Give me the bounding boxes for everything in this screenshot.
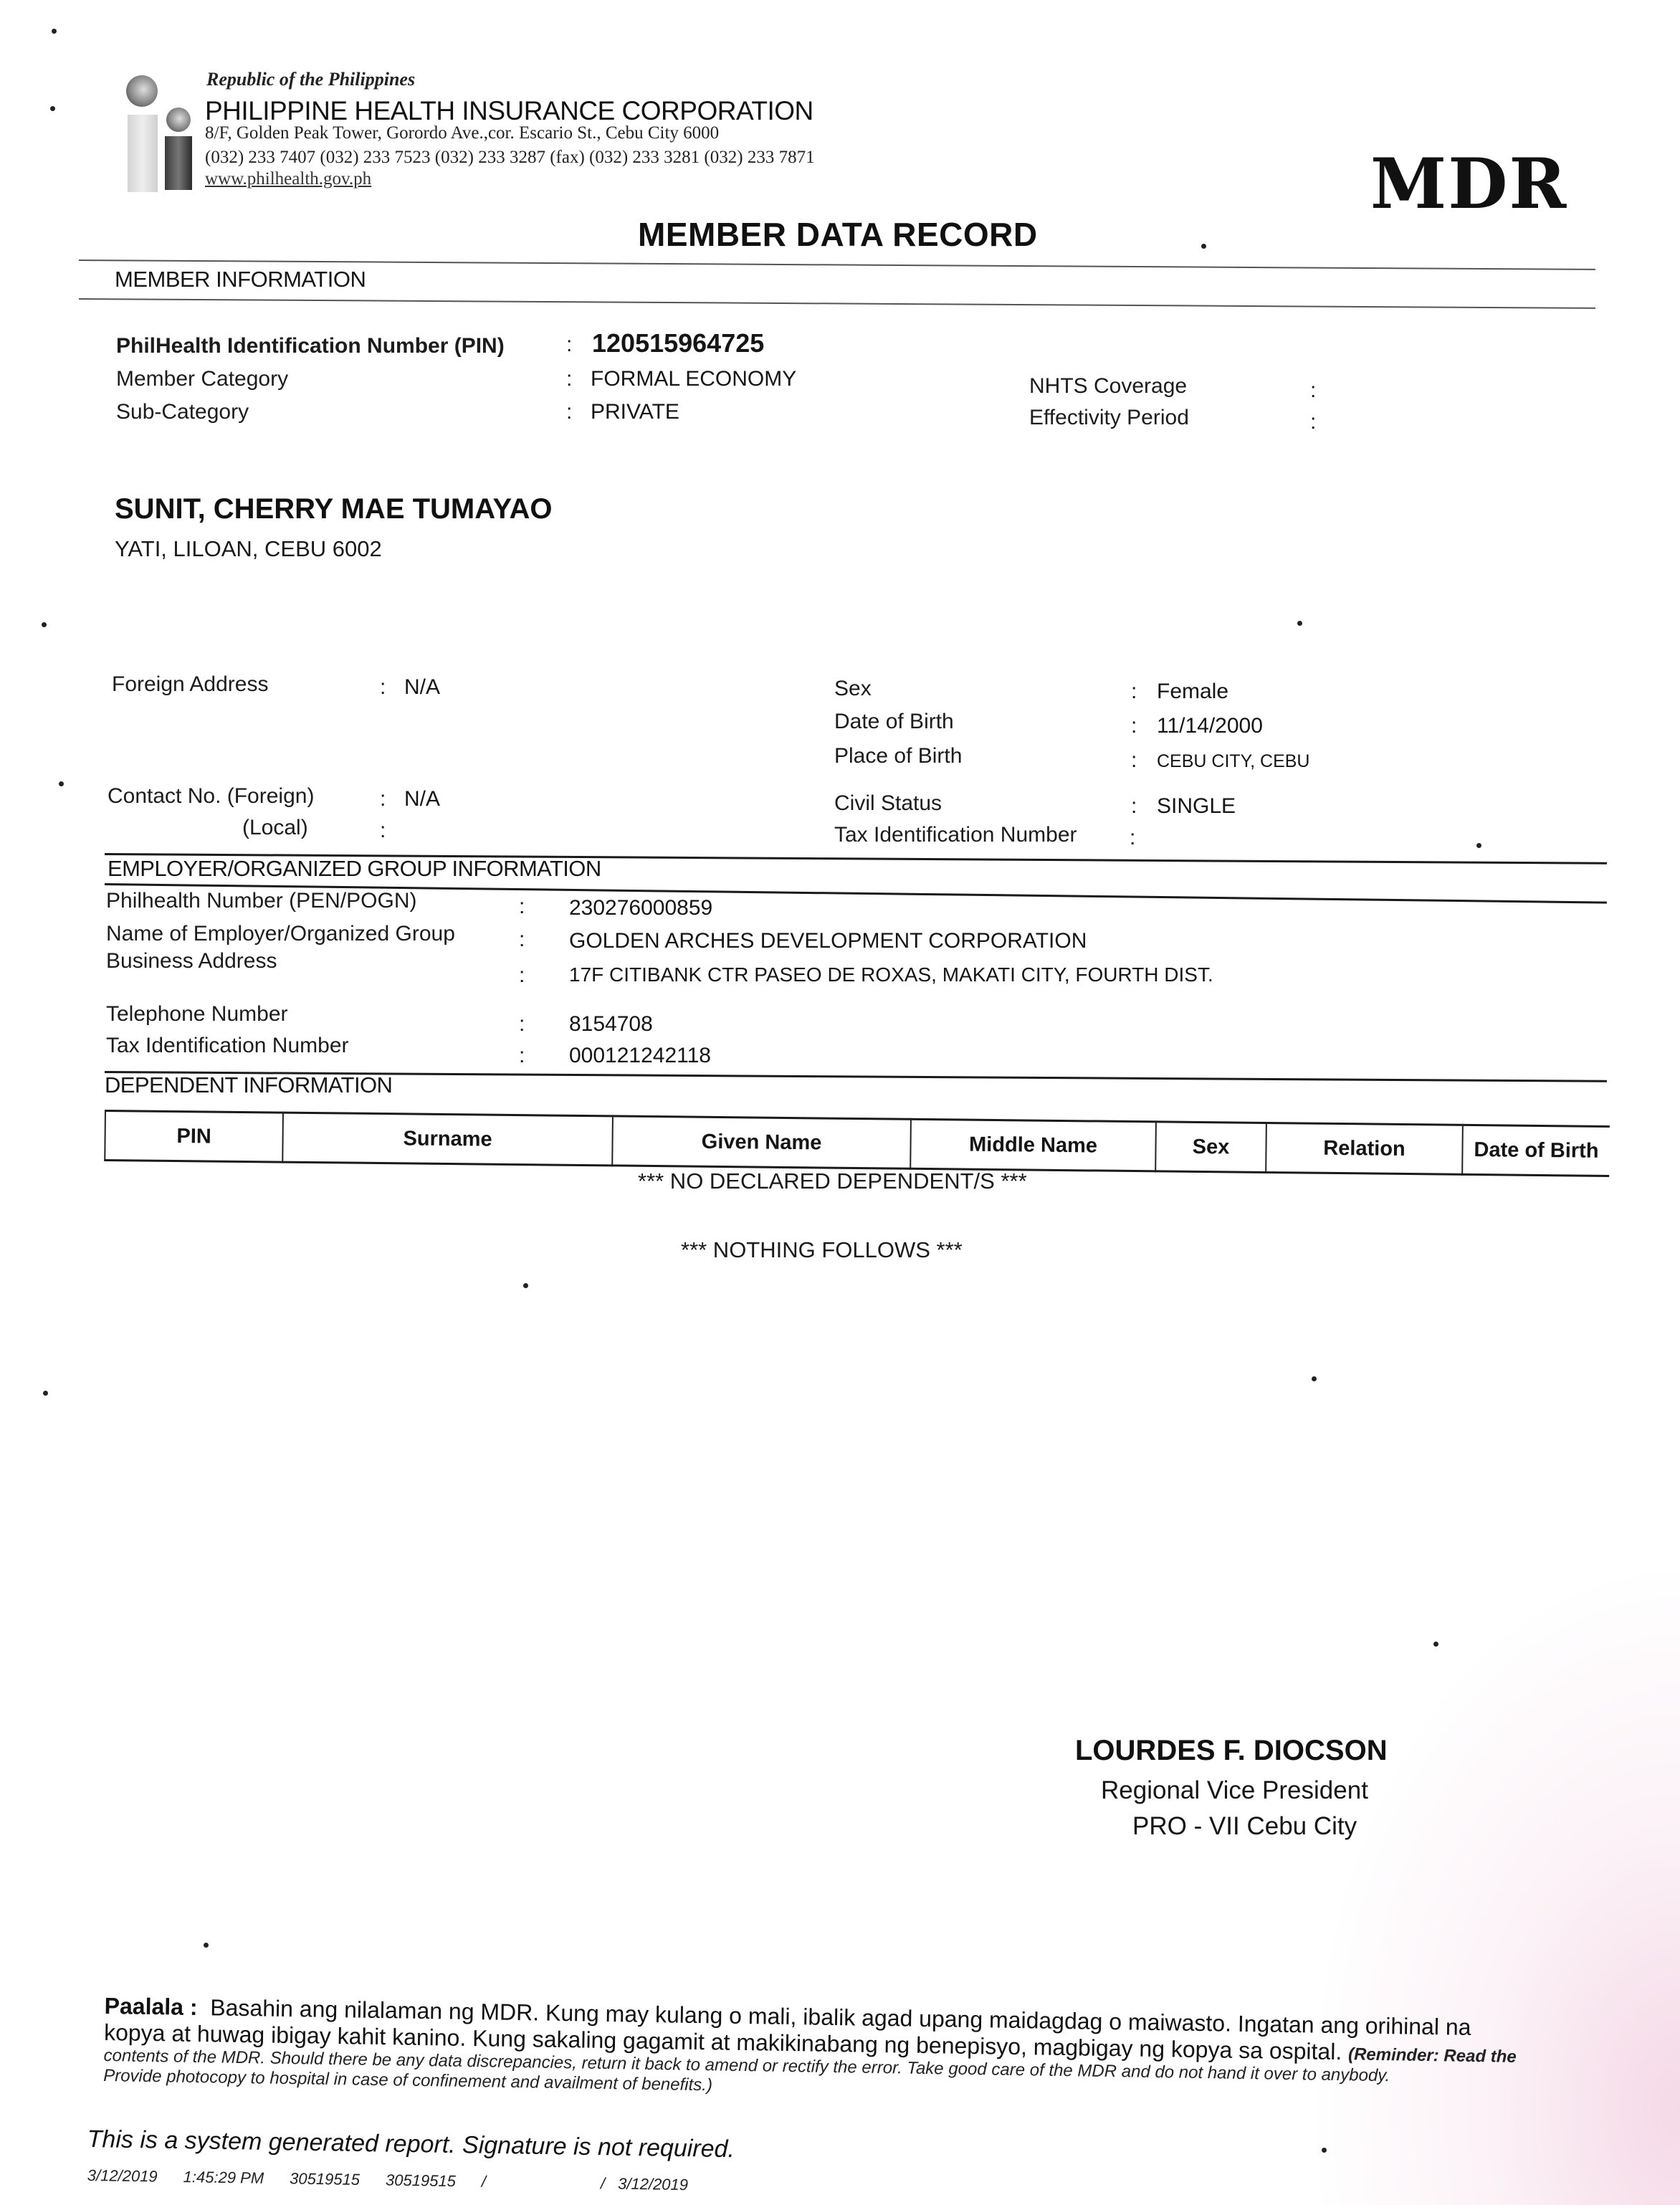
colon: : (566, 367, 572, 391)
nothing-follows-message: *** NOTHING FOLLOWS *** (681, 1237, 963, 1263)
system-generated-note: This is a system generated report. Signa… (87, 2125, 735, 2163)
business-address-label: Business Address (106, 949, 277, 973)
pin-value: 120515964725 (592, 328, 764, 358)
speck (50, 106, 55, 111)
employer-tin-label: Tax Identification Number (106, 1034, 349, 1058)
no-dependents-message: *** NO DECLARED DEPENDENT/S *** (638, 1168, 1027, 1194)
dob-value: 11/14/2000 (1157, 714, 1263, 738)
print-date: 3/12/2019 (87, 2166, 158, 2186)
speck (59, 781, 64, 786)
speck (1201, 244, 1206, 249)
speck (1433, 1642, 1438, 1647)
document-title: MEMBER DATA RECORD (638, 215, 1038, 254)
speck (43, 1391, 48, 1396)
republic-line: Republic of the Philippines (206, 69, 415, 90)
speck (1476, 843, 1481, 848)
column-header-date-of-birth: Date of Birth (1461, 1124, 1610, 1177)
nhts-label: NHTS Coverage (1029, 374, 1187, 399)
employer-name-label: Name of Employer/Organized Group (106, 922, 455, 946)
section-title-employer: EMPLOYER/ORGANIZED GROUP INFORMATION (108, 856, 601, 882)
member-category-value: FORMAL ECONOMY (591, 367, 796, 391)
colon: : (1310, 378, 1316, 403)
dob-label: Date of Birth (834, 710, 954, 734)
colon: : (1310, 410, 1316, 434)
form-code: MDR (1370, 143, 1567, 224)
telephone-label: Telephone Number (106, 1002, 288, 1027)
signatory-office: PRO - VII Cebu City (1132, 1812, 1357, 1841)
colon: : (519, 963, 525, 988)
philhealth-logo-icon (122, 68, 204, 194)
colon: : (566, 333, 572, 357)
business-address-value: 17F CITIBANK CTR PASEO DE ROXAS, MAKATI … (569, 963, 1213, 986)
civil-status-value: SINGLE (1157, 794, 1236, 819)
colon: : (519, 1012, 525, 1037)
tin-label: Tax Identification Number (834, 823, 1077, 847)
pen-value: 230276000859 (569, 896, 712, 920)
pen-label: Philhealth Number (PEN/POGN) (106, 889, 416, 913)
pob-label: Place of Birth (834, 744, 962, 768)
column-header-middle-name: Middle Name (910, 1118, 1155, 1173)
office-phones: (032) 233 7407 (032) 233 7523 (032) 233 … (205, 148, 815, 168)
colon: : (519, 1044, 525, 1068)
colon: : (519, 928, 525, 952)
user-id-1: 30519515 (290, 2169, 360, 2189)
column-header-given-name: Given Name (611, 1115, 910, 1169)
section-title-dependent: DEPENDENT INFORMATION (105, 1072, 392, 1098)
second-date: 3/12/2019 (618, 2175, 688, 2194)
colon: : (1131, 748, 1137, 773)
foreign-address-value: N/A (404, 675, 440, 700)
foreign-address-label: Foreign Address (112, 672, 268, 697)
column-header-sex: Sex (1155, 1120, 1266, 1173)
print-stamp: 3/12/20191:45:29 PM3051951530519515//3/1… (87, 2166, 715, 2195)
website-link[interactable]: www.philhealth.gov.ph (205, 169, 371, 189)
speck (1297, 621, 1302, 626)
column-header-relation: Relation (1265, 1122, 1462, 1176)
print-time: 1:45:29 PM (183, 2168, 264, 2187)
divider (79, 298, 1595, 309)
office-address: 8/F, Golden Peak Tower, Gorordo Ave.,cor… (205, 123, 719, 143)
sub-category-value: PRIVATE (591, 400, 679, 424)
colon: : (380, 787, 386, 811)
corporation-name: PHILIPPINE HEALTH INSURANCE CORPORATION (205, 96, 813, 126)
colon: : (519, 895, 525, 919)
contact-local-label: (Local) (242, 816, 308, 840)
pob-value: CEBU CITY, CEBU (1157, 751, 1309, 772)
colon: : (1131, 714, 1137, 738)
colon: : (1131, 680, 1137, 704)
column-header-pin: PIN (104, 1110, 282, 1163)
speck (1312, 1376, 1317, 1381)
speck (42, 622, 47, 627)
signatory-title: Regional Vice President (1101, 1776, 1368, 1805)
user-id-2: 30519515 (386, 2171, 456, 2191)
sex-label: Sex (834, 677, 872, 701)
member-name: SUNIT, CHERRY MAE TUMAYAO (115, 493, 552, 525)
separator-2: / (601, 2174, 606, 2192)
employer-name-value: GOLDEN ARCHES DEVELOPMENT CORPORATION (569, 929, 1087, 953)
colon: : (380, 819, 386, 843)
speck (1322, 2148, 1327, 2153)
speck (523, 1283, 528, 1288)
signatory-name: LOURDES F. DIOCSON (1075, 1735, 1388, 1767)
member-category-label: Member Category (116, 367, 288, 391)
effectivity-label: Effectivity Period (1029, 406, 1189, 430)
paper-stain (1307, 1560, 1680, 2205)
contact-foreign-label: Contact No. (Foreign) (108, 784, 314, 809)
speck (204, 1943, 209, 1948)
section-title-member: MEMBER INFORMATION (115, 267, 366, 292)
employer-tin-value: 000121242118 (569, 1044, 711, 1068)
colon: : (380, 675, 386, 700)
colon: : (1131, 794, 1137, 819)
civil-status-label: Civil Status (834, 791, 942, 816)
dependent-table: PIN Surname Given Name Middle Name Sex R… (104, 1110, 1610, 1177)
reminder-english-label: (Reminder: Read the (1348, 2044, 1517, 2067)
member-address: YATI, LILOAN, CEBU 6002 (115, 536, 382, 562)
reminder-label: Paalala : (104, 1993, 197, 2020)
sex-value: Female (1157, 680, 1228, 704)
reminder-block: Paalala : Basahin ang nilalaman ng MDR. … (103, 1993, 1581, 2109)
pin-label: PhilHealth Identification Number (PIN) (116, 334, 505, 358)
separator-1: / (482, 2173, 487, 2191)
colon: : (1130, 826, 1135, 850)
speck (52, 29, 57, 34)
colon: : (566, 400, 572, 424)
telephone-value: 8154708 (569, 1012, 653, 1037)
column-header-surname: Surname (282, 1112, 612, 1167)
contact-foreign-value: N/A (404, 787, 440, 811)
sub-category-label: Sub-Category (116, 400, 249, 424)
